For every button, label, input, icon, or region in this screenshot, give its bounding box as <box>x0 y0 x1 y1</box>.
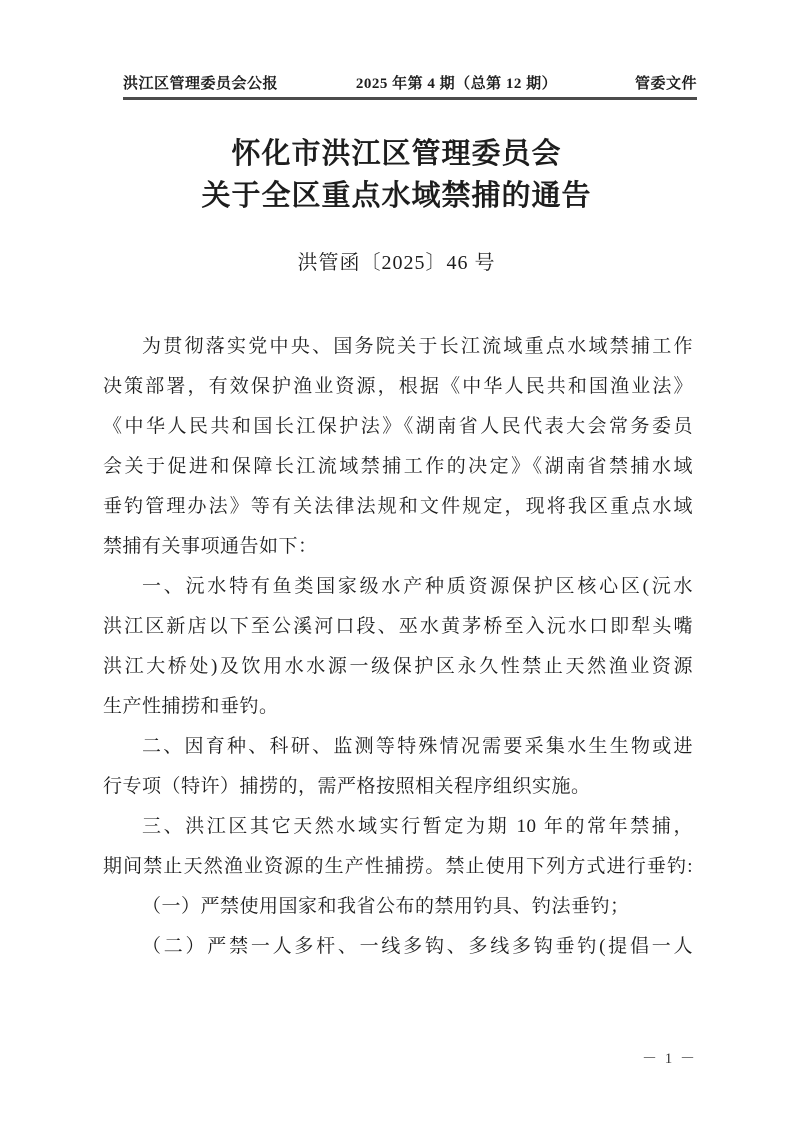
gazette-name: 洪江区管理委员会公报 <box>123 74 278 94</box>
body-line: 一、沅水特有鱼类国家级水产种质资源保护区核心区(沅水 <box>103 567 693 607</box>
body-line: 会关于促进和保障长江流域禁捕工作的决定》《湖南省禁捕水域 <box>103 447 693 487</box>
page-header: 洪江区管理委员会公报 2025 年第 4 期（总第 12 期） 管委文件 <box>123 74 697 100</box>
page-number: － 1 － <box>642 1051 697 1067</box>
body-line: 洪江区新店以下至公溪河口段、巫水黄茅桥至入沅水口即犁头嘴 <box>103 607 693 647</box>
body-line: 垂钓管理办法》等有关法律法规和文件规定，现将我区重点水域 <box>103 487 693 527</box>
document-title: 怀化市洪江区管理委员会 关于全区重点水域禁捕的通告 <box>0 133 793 217</box>
body-line: 期间禁止天然渔业资源的生产性捕捞。禁止使用下列方式进行垂钓: <box>103 847 693 887</box>
document-title-line1: 怀化市洪江区管理委员会 <box>0 133 793 175</box>
body-line: 生产性捕捞和垂钓。 <box>103 687 693 727</box>
document-body: 为贯彻落实党中央、国务院关于长江流域重点水域禁捕工作决策部署，有效保护渔业资源，… <box>103 327 693 967</box>
body-line: 决策部署，有效保护渔业资源，根据《中华人民共和国渔业法》 <box>103 367 693 407</box>
page-footer: － 1 － <box>642 1050 697 1068</box>
body-line: 洪江大桥处)及饮用水水源一级保护区永久性禁止天然渔业资源 <box>103 647 693 687</box>
body-line: 二、因育种、科研、监测等特殊情况需要采集水生生物或进 <box>103 727 693 767</box>
doc-category: 管委文件 <box>635 74 697 94</box>
body-line: 三、洪江区其它天然水域实行暂定为期 10 年的常年禁捕， <box>103 807 693 847</box>
body-line: （二）严禁一人多杆、一线多钩、多线多钩垂钓(提倡一人 <box>103 927 693 967</box>
document-number: 洪管函〔2025〕46 号 <box>0 248 793 278</box>
gazette-page: 洪江区管理委员会公报 2025 年第 4 期（总第 12 期） 管委文件 怀化市… <box>0 0 793 1122</box>
body-line: 禁捕有关事项通告如下： <box>103 527 693 567</box>
document-title-line2: 关于全区重点水域禁捕的通告 <box>0 175 793 217</box>
body-line: 《中华人民共和国长江保护法》《湖南省人民代表大会常务委员 <box>103 407 693 447</box>
issue-info: 2025 年第 4 期（总第 12 期） <box>356 74 557 94</box>
body-line: （一）严禁使用国家和我省公布的禁用钓具、钓法垂钓； <box>103 887 693 927</box>
body-line: 行专项（特许）捕捞的，需严格按照相关程序组织实施。 <box>103 767 693 807</box>
body-line: 为贯彻落实党中央、国务院关于长江流域重点水域禁捕工作 <box>103 327 693 367</box>
